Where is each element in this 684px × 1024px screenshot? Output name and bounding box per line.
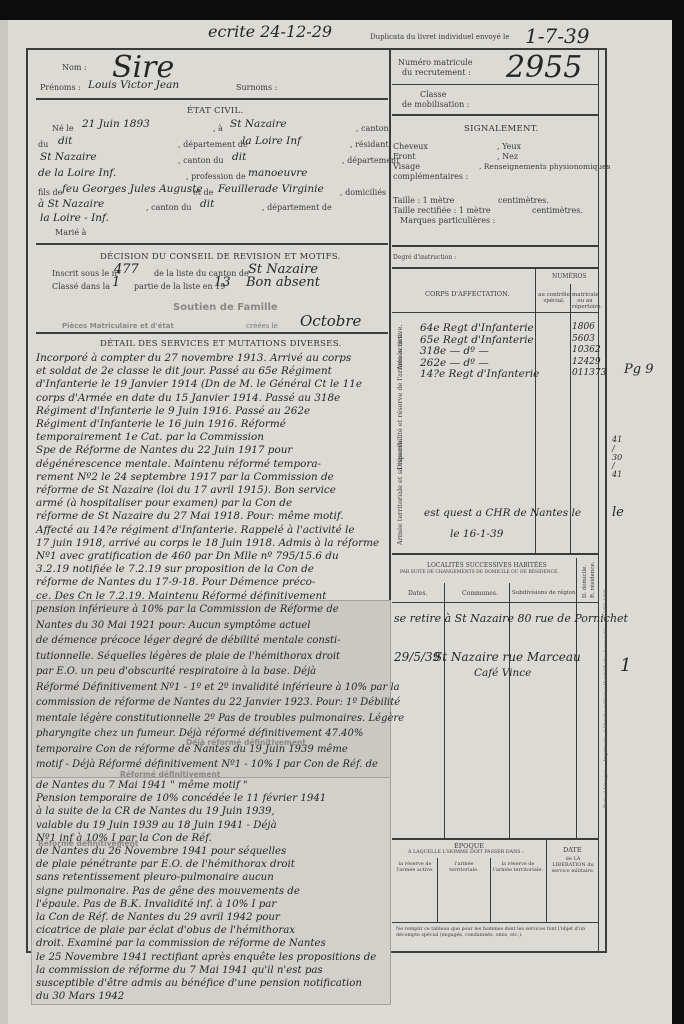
cheveux-label: Cheveux — [393, 142, 428, 151]
residence-header: R. résidence. — [590, 561, 596, 598]
corps-matricule: 5603 — [572, 334, 595, 344]
du-label: du — [38, 140, 48, 149]
classe-partie: 1 — [112, 275, 120, 290]
et-label: et de — [193, 188, 213, 197]
canton2-value: dit — [232, 151, 246, 163]
text-line: 17 juin 1918, arrivé au corps le 18 Juin… — [36, 538, 379, 548]
divider — [392, 267, 598, 269]
column-divider — [576, 558, 577, 838]
nom-label: Nom : — [62, 63, 87, 72]
departement2-value: de la Loire Inf. — [38, 167, 116, 179]
text-line: par E.O. un peu d'obscurité respiratoire… — [36, 667, 316, 677]
text-line: le 25 Novembre 1941 rectifiant après enq… — [36, 953, 376, 963]
text-line: dégénérescence mentale. Maintenu réformé… — [36, 459, 321, 469]
text-line: Réformé Définitivement Nº1 - 1º et 2º in… — [36, 683, 400, 693]
complementaires-label: complémentaires : — [393, 172, 468, 181]
matricule-header: matricule ou au répertoire. — [572, 292, 598, 310]
a-label: , à — [213, 124, 223, 133]
margin-mark-1: le — [612, 505, 624, 520]
signature: Octobre — [300, 312, 361, 330]
text-line: corps d'Armée en date du 15 Janvier 1914… — [36, 393, 340, 403]
residant-label: , résidant — [350, 140, 389, 149]
ne-le-label: Né le — [52, 124, 74, 133]
text-line: commission de réforme de Nantes du 22 Ja… — [36, 698, 400, 708]
subdivisions-header: Subdivisions de région — [512, 590, 576, 596]
text-line: valable du 19 Juin 1939 au 18 Juin 1941 … — [36, 821, 277, 831]
taille-label: Taille : 1 mètre — [393, 196, 454, 205]
visage-label: Visage — [393, 162, 420, 171]
text-line: mentale légère constitutionnelle 2º Pas … — [36, 714, 404, 724]
epoque-col-reserve: la réserve de l'armée active. — [394, 861, 436, 873]
surnoms-label: Surnoms : — [236, 83, 277, 92]
fils-label: fils de — [38, 188, 62, 197]
marie-label: Marié à — [55, 228, 86, 237]
epoque-col-territoriale: l'armée territoriale. — [440, 861, 488, 873]
epoque-subtitle: À LAQUELLE L'HOMME DOIT PASSER DANS : — [408, 850, 524, 855]
divider — [392, 602, 598, 603]
divider — [36, 243, 388, 245]
text-line: la commission de réforme du 7 Mai 1941 q… — [36, 966, 323, 976]
localite-row-2-detail: Café Vince — [474, 667, 531, 679]
printer-imprint: Paris et Limoges. — Imprimerie et librai… — [604, 589, 609, 808]
corps-title: CORPS D'AFFECTATION. — [425, 290, 509, 298]
text-line: de Nantes du 26 Novembre 1941 pour séque… — [36, 847, 286, 857]
text-line: Incorporé à compter du 27 novembre 1913.… — [36, 353, 351, 363]
domicilies-label: , domiciliés — [340, 188, 386, 197]
inscrit-label: Inscrit sous le nº — [52, 269, 121, 278]
territorial-note: est quest a CHR de Nantes le — [424, 507, 581, 519]
divider — [392, 312, 598, 313]
departement3-label: , département de — [262, 203, 332, 212]
nez-label: , Nez — [497, 152, 518, 161]
partie-label: partie de la liste en 19 — [134, 282, 225, 291]
liberation-sub: de LA LIBÉRATION du service militaire. — [549, 856, 597, 874]
text-line: la Con de Réf. de Nantes du 29 avril 194… — [36, 913, 280, 923]
reforme-stamp-1: Déjà réformé définitivement — [186, 738, 306, 747]
text-line: réforme de St Nazaire (loi du 17 avril 1… — [36, 485, 336, 495]
column-divider — [546, 840, 547, 922]
text-line: d'Infanterie le 19 Janvier 1914 (Dn de M… — [36, 379, 362, 389]
mother-name: Feuillerade Virginie — [218, 183, 324, 195]
epoque-col-reserve-territoriale: la réserve de l'armée territoriale. — [492, 861, 544, 873]
matricule-stamp: Pièces Matriculaire et d'état — [62, 322, 174, 330]
dates-header: Dates. — [408, 590, 427, 597]
corps-unit: 262e — dº — — [420, 357, 489, 369]
yeux-label: , Yeux — [497, 142, 521, 151]
text-line: Pension temporaire de 10% concédée le 11… — [36, 794, 326, 804]
corps-unit: 318e — dº — — [420, 345, 489, 357]
text-line: Nº1 avec gratification de 460 par Dn Mll… — [36, 551, 339, 561]
localites-subtitle: PAR SUITE DE CHANGEMENTS DE DOMICILE OU … — [400, 570, 559, 575]
corps-matricule: 12429 — [572, 357, 601, 367]
domicile-value: à St Nazaire — [38, 198, 104, 210]
divider — [36, 332, 388, 334]
canton-label: , canton — [356, 124, 389, 133]
text-line: de Nantes du 7 Mai 1941 " même motif " — [36, 781, 248, 791]
domicile-header: D. domicile. — [582, 565, 588, 598]
services-title: DÉTAIL DES SERVICES ET MUTATIONS DIVERSE… — [100, 339, 342, 349]
text-line: armé (à hospitaliser pour examen) par la… — [36, 498, 292, 508]
text-line: Spe de Réforme de Nantes du 22 Juin 1917… — [36, 445, 292, 455]
matricule-label-2: du recrutement : — [402, 68, 471, 77]
text-line: ce. Des Cn le 7.2.19. Maintenu Réformé d… — [36, 591, 326, 601]
text-line: pension inférieure à 10% par la Commissi… — [36, 605, 339, 615]
corps-unit: 65e Regt d'Infanterie — [420, 334, 534, 346]
corps-unit: 64e Regt d'Infanterie — [420, 322, 534, 334]
centimetres2-label: centimètres. — [532, 206, 583, 215]
corps-matricule: 1806 — [572, 322, 595, 332]
prenoms-value: Louis Victor Jean — [88, 79, 179, 91]
localite-row-1: se retire à St Nazaire 80 rue de Pornich… — [394, 612, 628, 625]
birth-date: 21 Juin 1893 — [82, 118, 150, 130]
signalement-title: SIGNALEMENT. — [464, 124, 538, 134]
text-line: réforme de St Nazaire du 27 Mai 1918. Po… — [36, 511, 344, 521]
profession-value: manoeuvre — [248, 167, 307, 179]
canton3-label: , canton du — [146, 203, 192, 212]
controle-header: au contrôle spécial. — [538, 292, 570, 304]
divider — [36, 98, 388, 100]
liberation-title: DATE — [563, 846, 582, 854]
territorial-note-date: le 16-1-39 — [450, 528, 503, 540]
canton3-value: dit — [200, 198, 214, 210]
inner-border — [598, 48, 599, 953]
divider — [392, 553, 598, 555]
corps-matricule: 011373 — [572, 368, 606, 378]
text-line: cicatrice de plaie par éclat d'obus de l… — [36, 926, 295, 936]
margin-mark-2: 1 — [620, 655, 631, 676]
text-line: 3.2.19 notifiée le 7.2.19 sur propositio… — [36, 564, 314, 574]
canton2-label: , canton du — [178, 156, 224, 165]
text-line: de démence précoce léger degré de débili… — [36, 636, 341, 646]
text-line: Régiment d'Infanterie le 16 juin 1916. R… — [36, 419, 286, 429]
text-line: sans retentissement pleuro-pulmonaire au… — [36, 873, 274, 883]
text-line: signe pulmonaire. Pas de gêne des mouvem… — [36, 887, 300, 897]
text-line: Affecté au 14?e régiment d'Infanterie. R… — [36, 525, 355, 535]
marques-label: Marques particulières : — [400, 216, 495, 225]
localites-title: LOCALITÉS SUCCESSIVES HABITÉES — [427, 562, 547, 569]
margin-fraction: 41 / 30 / 41 — [612, 436, 626, 480]
classe-label: Classé dans la — [52, 282, 110, 291]
departement-value: la Loire Inf — [242, 135, 301, 147]
divider — [392, 838, 598, 840]
text-line: du 30 Mars 1942 — [36, 992, 124, 1002]
conseil-title: DÉCISION DU CONSEIL DE REVISION ET MOTIF… — [100, 252, 341, 262]
localite-row-2: St Nazaire rue Marceau — [434, 650, 581, 664]
text-line: de plaie pénétrante par E.O. de l'hémith… — [36, 860, 295, 870]
taille-rectifiee-label: Taille rectifiée : 1 mètre — [393, 206, 491, 215]
text-line: motif - Déjà Réformé définitivement Nº1 … — [36, 760, 378, 770]
numeros-header: NUMÉROS — [552, 273, 586, 280]
text-line: l'épaule. Pas de B.K. Invalidité inf. à … — [36, 900, 276, 910]
divider — [392, 84, 598, 85]
classe-annee: 13 — [214, 275, 231, 290]
divider — [392, 114, 598, 116]
matricule-number: 2955 — [506, 50, 582, 85]
communes-header: Communes. — [462, 590, 498, 597]
etat-civil-title: ÉTAT CIVIL. — [187, 106, 243, 116]
column-divider — [490, 858, 491, 922]
reforme-stamp-3: Réformé définitivement — [38, 839, 138, 848]
departement2-label: , département — [342, 156, 399, 165]
text-line: Régiment d'Infanterie le 9 Juin 1916. Pa… — [36, 406, 310, 416]
territoriale-label: Armée territoriale et sa réserve. — [396, 438, 404, 545]
epoque-footnote: Ne remplir ce tableau que pour les homme… — [396, 927, 596, 939]
liste-label: de la liste du canton de — [154, 269, 249, 278]
matricule-label-1: Numéro matricule — [398, 58, 473, 67]
text-line: réforme de Nantes du 17-9-18. Pour Démen… — [36, 577, 315, 587]
divider — [392, 922, 598, 923]
livret-date: 1-7-39 — [525, 24, 589, 48]
page-reference: Pg 9 — [624, 362, 653, 377]
soutien-stamp: Soutien de Famille — [173, 302, 278, 313]
text-line: à la suite de la CR de Nantes du 19 Juin… — [36, 807, 275, 817]
corps-unit: 14?e Regt d'Infanterie — [420, 368, 539, 380]
birth-place: St Nazaire — [230, 118, 287, 130]
corps-matricule: 10362 — [572, 345, 601, 355]
text-line: Nantes du 30 Mai 1921 pour: Aucun symptô… — [36, 621, 310, 631]
column-divider — [437, 858, 438, 922]
epoque-title: ÉPOQUE — [454, 842, 484, 850]
text-line: et soldat de 2e classe le dit jour. Pass… — [36, 366, 332, 376]
divider — [392, 245, 598, 247]
canton-value: dit — [58, 135, 72, 147]
text-line: droit. Examiné par la commission de réfo… — [36, 939, 326, 949]
top-note: ecrite 24-12-29 — [208, 22, 332, 41]
text-line: tutionnelle. Séquelles légères de plaie … — [36, 652, 340, 662]
profession-label: , profession de — [186, 172, 246, 181]
centimetres-label: centimètres. — [498, 196, 549, 205]
renseignements-label: , Renseignements physionomiques — [479, 162, 610, 171]
front-label: Front — [393, 152, 416, 161]
text-line: temporairement 1e Cat. par la Commission — [36, 432, 264, 442]
text-line: susceptible d'être admis au bénéfice d'u… — [36, 979, 362, 989]
conseil-mention: Bon absent — [246, 275, 320, 290]
prenoms-label: Prénoms : — [40, 83, 81, 92]
residence-value: St Nazaire — [40, 151, 97, 163]
departement3-value: la Loire - Inf. — [40, 212, 109, 224]
livret-label: Duplicata du livret individuel envoyé le — [370, 33, 509, 41]
degre-instruction-label: Degré d'instruction : — [393, 254, 456, 261]
creees-label: créées le — [246, 322, 278, 330]
classe-mob-label-1: Classe — [420, 90, 446, 99]
departement-label: , département de — [178, 140, 248, 149]
father-name: feu Georges Jules Auguste — [62, 183, 203, 195]
classe-mob-label-2: de mobilisation : — [402, 100, 469, 109]
text-line: rement Nº2 le 24 septembre 1917 par la C… — [36, 472, 334, 482]
